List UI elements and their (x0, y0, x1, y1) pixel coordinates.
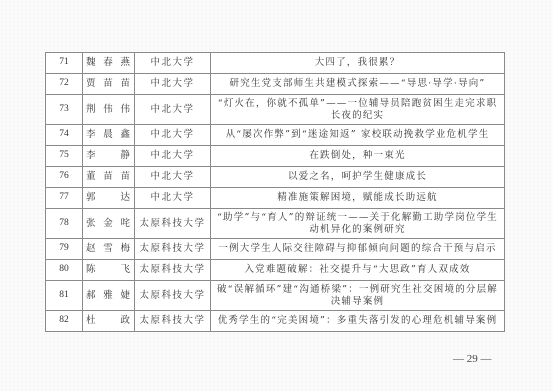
row-number-cell: 77 (46, 188, 83, 209)
row-number-cell: 75 (46, 146, 83, 167)
school-name-cell: 中北大学 (135, 53, 211, 74)
table-row: 72贾苗苗中北大学研究生党支部师生共建模式探索——“导思·导学·导向” (46, 74, 505, 95)
document-page: 71魏春燕中北大学大四了，我很累？72贾苗苗中北大学研究生党支部师生共建模式探索… (0, 0, 553, 391)
person-name-cell: 陈飞 (83, 260, 135, 281)
case-title-cell: 精准施策解困境，赋能成长助远航 (211, 188, 505, 209)
row-number-cell: 82 (46, 311, 83, 332)
table-row: 78张金咤太原科技大学“助学”与“育人”的辩证统一——关于化解勤工助学岗位学生动… (46, 209, 505, 239)
table-row: 81郝雅婕太原科技大学破“误解循环”建“沟通桥梁”：一例研究生社交困境的分层解决… (46, 281, 505, 311)
school-name-cell: 太原科技大学 (135, 260, 211, 281)
school-name-cell: 太原科技大学 (135, 239, 211, 260)
school-name-cell: 中北大学 (135, 146, 211, 167)
case-title-cell: “助学”与“育人”的辩证统一——关于化解勤工助学岗位学生动机异化的案例研究 (211, 209, 505, 239)
school-name-cell: 中北大学 (135, 95, 211, 125)
case-title-cell: “灯火在，你就不孤单”——一位辅导员陪跑贫困生走完求职长夜的纪实 (211, 95, 505, 125)
school-name-cell: 中北大学 (135, 125, 211, 146)
row-number-cell: 79 (46, 239, 83, 260)
person-name-cell: 李晨鑫 (83, 125, 135, 146)
table-row: 73荆伟伟中北大学“灯火在，你就不孤单”——一位辅导员陪跑贫困生走完求职长夜的纪… (46, 95, 505, 125)
table-row: 74李晨鑫中北大学从“屡次作弊”到“迷途知返” 家校联动挽救学业危机学生 (46, 125, 505, 146)
case-title-cell: 研究生党支部师生共建模式探索——“导思·导学·导向” (211, 74, 505, 95)
case-title-cell: 在跌倒处，种一束光 (211, 146, 505, 167)
table-row: 71魏春燕中北大学大四了，我很累？ (46, 53, 505, 74)
person-name-cell: 魏春燕 (83, 53, 135, 74)
person-name-cell: 郝雅婕 (83, 281, 135, 311)
person-name-cell: 郭达 (83, 188, 135, 209)
person-name-cell: 董苗苗 (83, 167, 135, 188)
person-name-cell: 贾苗苗 (83, 74, 135, 95)
case-title-cell: 从“屡次作弊”到“迷途知返” 家校联动挽救学业危机学生 (211, 125, 505, 146)
person-name-cell: 杜政 (83, 311, 135, 332)
row-number-cell: 72 (46, 74, 83, 95)
table-row: 79赵雪梅太原科技大学一例大学生人际交往障碍与抑郁倾向问题的综合干预与启示 (46, 239, 505, 260)
row-number-cell: 73 (46, 95, 83, 125)
school-name-cell: 中北大学 (135, 74, 211, 95)
table-row: 77郭达中北大学精准施策解困境，赋能成长助远航 (46, 188, 505, 209)
case-title-cell: 入党难题破解：社交提升与“大思政”育人双成效 (211, 260, 505, 281)
school-name-cell: 太原科技大学 (135, 209, 211, 239)
row-number-cell: 81 (46, 281, 83, 311)
award-list-table: 71魏春燕中北大学大四了，我很累？72贾苗苗中北大学研究生党支部师生共建模式探索… (45, 52, 505, 332)
case-title-cell: 大四了，我很累？ (211, 53, 505, 74)
person-name-cell: 赵雪梅 (83, 239, 135, 260)
case-title-cell: 以爱之名，呵护学生健康成长 (211, 167, 505, 188)
row-number-cell: 76 (46, 167, 83, 188)
table-row: 76董苗苗中北大学以爱之名，呵护学生健康成长 (46, 167, 505, 188)
row-number-cell: 78 (46, 209, 83, 239)
row-number-cell: 74 (46, 125, 83, 146)
table-row: 82杜政太原科技大学优秀学生的“完美困境”：多重失落引发的心理危机辅导案例 (46, 311, 505, 332)
school-name-cell: 太原科技大学 (135, 311, 211, 332)
school-name-cell: 中北大学 (135, 188, 211, 209)
case-title-cell: 优秀学生的“完美困境”：多重失落引发的心理危机辅导案例 (211, 311, 505, 332)
row-number-cell: 80 (46, 260, 83, 281)
person-name-cell: 荆伟伟 (83, 95, 135, 125)
table-body: 71魏春燕中北大学大四了，我很累？72贾苗苗中北大学研究生党支部师生共建模式探索… (46, 53, 505, 332)
table-row: 75李静中北大学在跌倒处，种一束光 (46, 146, 505, 167)
page-number: — 29 — (453, 353, 492, 365)
person-name-cell: 张金咤 (83, 209, 135, 239)
case-title-cell: 破“误解循环”建“沟通桥梁”：一例研究生社交困境的分层解决辅导案例 (211, 281, 505, 311)
school-name-cell: 太原科技大学 (135, 281, 211, 311)
person-name-cell: 李静 (83, 146, 135, 167)
table-row: 80陈飞太原科技大学入党难题破解：社交提升与“大思政”育人双成效 (46, 260, 505, 281)
row-number-cell: 71 (46, 53, 83, 74)
school-name-cell: 中北大学 (135, 167, 211, 188)
case-title-cell: 一例大学生人际交往障碍与抑郁倾向问题的综合干预与启示 (211, 239, 505, 260)
